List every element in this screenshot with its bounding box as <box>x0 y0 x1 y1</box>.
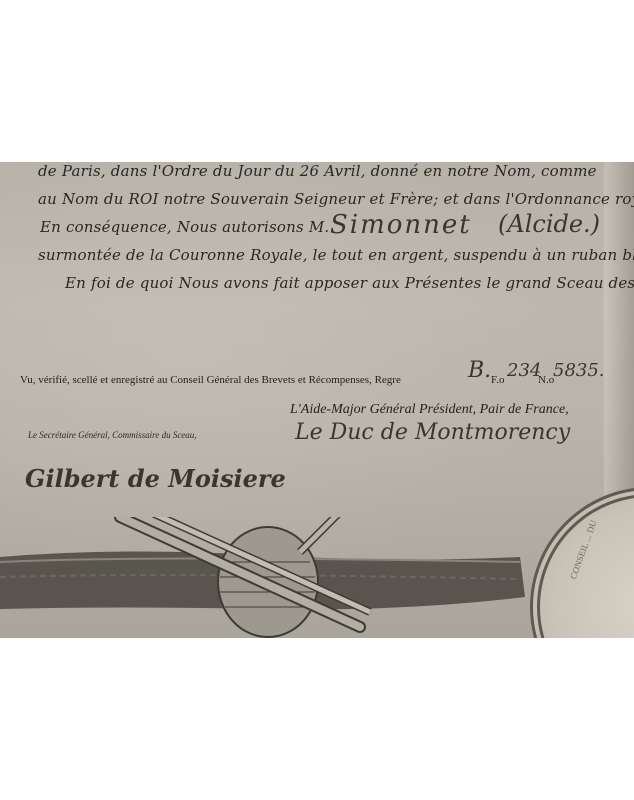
president-title: L'Aide-Major Général Président, Pair de … <box>290 402 569 418</box>
secretary-title: Le Secrétaire Général, Commissaire du Sc… <box>28 430 197 440</box>
document-photograph: de Paris, dans l'Ordre du Jour du 26 Avr… <box>0 162 634 638</box>
recipient-name: Simonnet <box>330 210 472 240</box>
recipient-given-name: (Alcide.) <box>498 210 600 238</box>
body-line-1: de Paris, dans l'Ordre du Jour du 26 Avr… <box>38 162 597 180</box>
body-line-3: En conséquence, Nous autorisons M. <box>40 218 329 236</box>
president-signature: Le Duc de Montmorency <box>295 420 570 445</box>
body-line-2: au Nom du ROI notre Souverain Seigneur e… <box>38 190 634 208</box>
register-number: 5835. <box>553 360 605 381</box>
seal-text: CONSEIL ... DU <box>568 519 599 581</box>
secretary-signature: Gilbert de Moisiere <box>25 464 286 493</box>
number-label: N.o <box>538 374 554 386</box>
trophy-engraving-icon <box>0 517 540 638</box>
register-letter: B. <box>468 358 491 383</box>
folio-number: 234 <box>507 360 541 381</box>
folio-label: F.o <box>491 374 505 386</box>
body-line-4: surmontée de la Couronne Royale, le tout… <box>38 246 634 264</box>
body-line-5: En foi de quoi Nous avons fait apposer a… <box>65 274 634 292</box>
registration-text: Vu, vérifié, scellé et enregistré au Con… <box>20 374 401 386</box>
wax-seal: CONSEIL ... DU <box>530 487 634 638</box>
